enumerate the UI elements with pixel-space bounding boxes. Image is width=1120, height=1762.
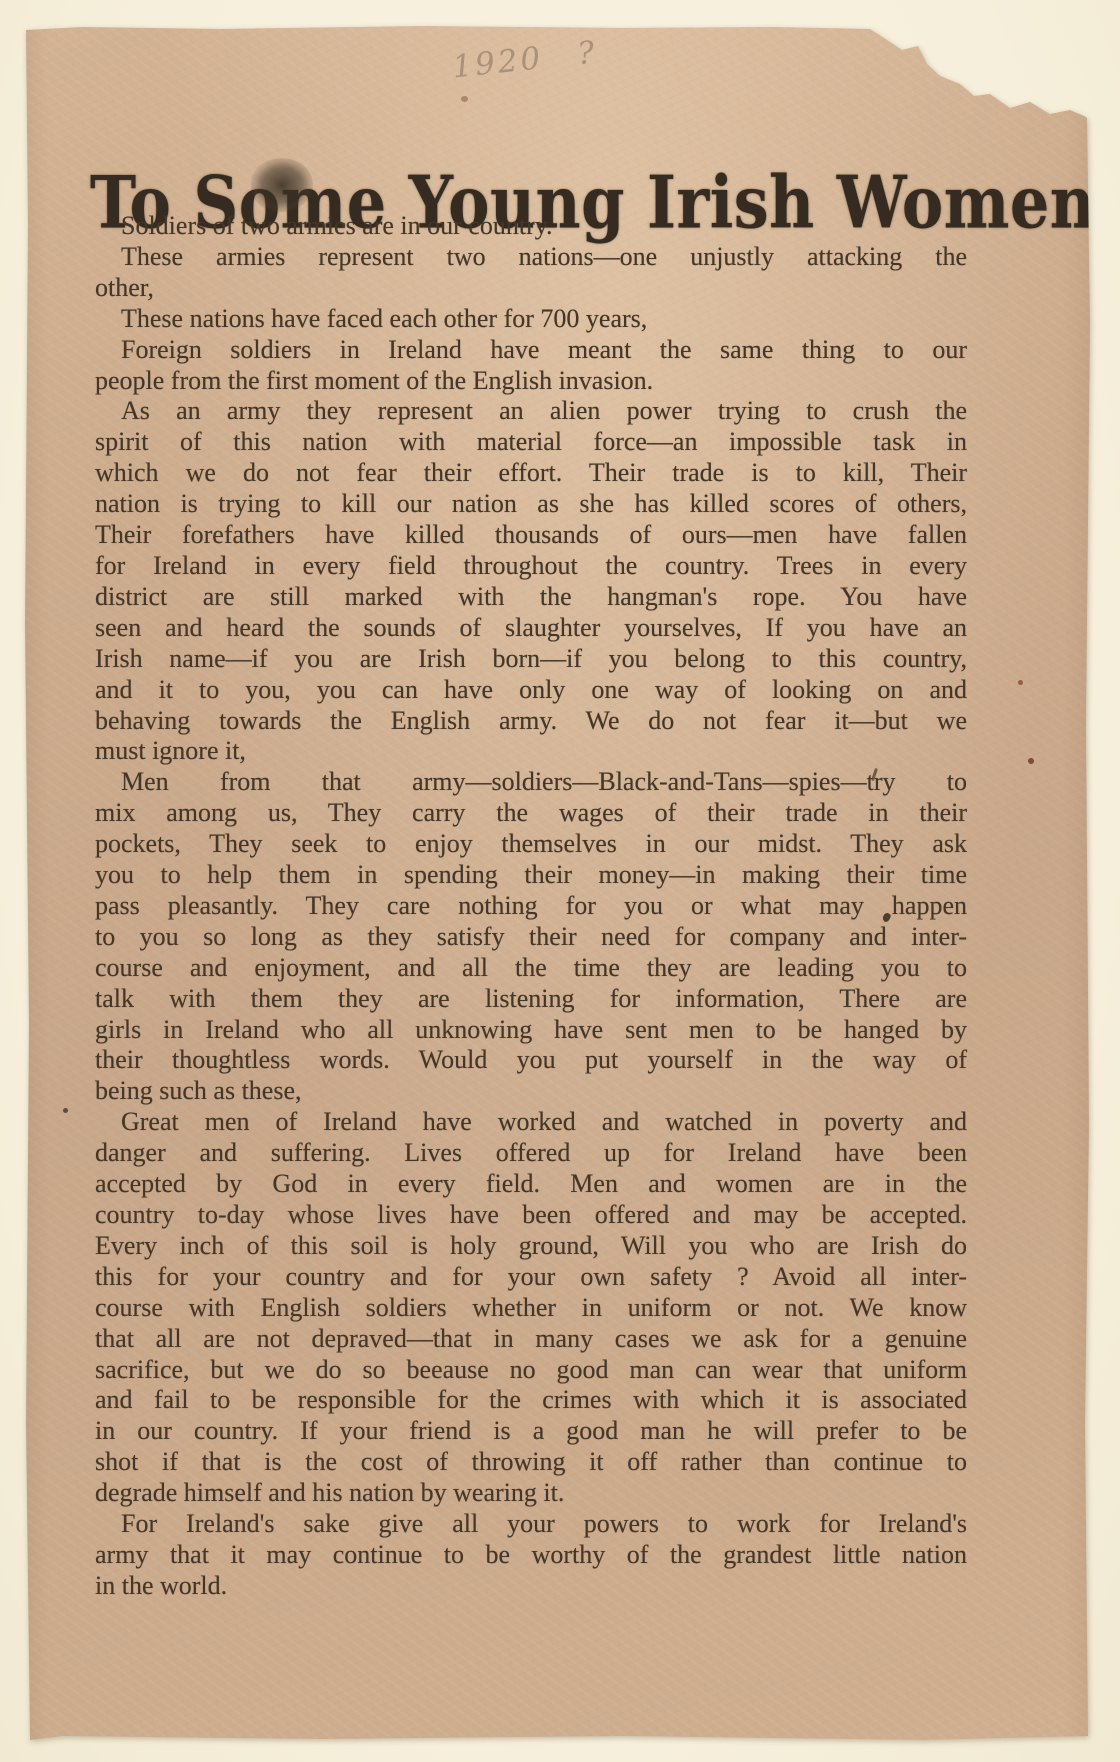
text-line: district are still marked with the hangm…: [95, 582, 967, 613]
leaflet-paper-wrap: 1920 ? To Some Young Irish Women Soldier…: [22, 24, 1090, 1743]
text-line: pass pleasantly. They care nothing for y…: [95, 891, 967, 922]
text-line: their thoughtless words. Would you put y…: [95, 1045, 967, 1076]
text-line: Irish name—if you are Irish born—if you …: [95, 644, 967, 675]
text-line: in our country. If your friend is a good…: [95, 1416, 967, 1447]
leaflet-paper: 1920 ? To Some Young Irish Women Soldier…: [22, 24, 1090, 1743]
text-line: For Ireland's sake give all your powers …: [95, 1509, 967, 1540]
text-line: you to help them in spending their money…: [95, 860, 967, 891]
text-line: These nations have faced each other for …: [95, 304, 967, 335]
body-text: Soldiers of two armies are in our countr…: [95, 211, 967, 1602]
text-line: this for your country and for your own s…: [95, 1262, 967, 1293]
text-line: danger and suffering. Lives offered up f…: [95, 1138, 967, 1169]
text-line: people from the first moment of the Engl…: [95, 366, 967, 397]
text-line: degrade himself and his nation by wearin…: [95, 1478, 967, 1509]
text-line: Every inch of this soil is holy ground, …: [95, 1231, 967, 1262]
text-line: course and enjoyment, and all the time t…: [95, 953, 967, 984]
paper-speck: [1028, 758, 1034, 764]
paper-stain: [461, 96, 468, 102]
text-line: seen and heard the sounds of slaughter y…: [95, 613, 967, 644]
text-line: Soldiers of two armies are in our countr…: [95, 211, 967, 242]
text-line: country to-day whose lives have been off…: [95, 1200, 967, 1231]
text-line: and fail to be responsible for the crime…: [95, 1385, 967, 1416]
paper-speck: [63, 1108, 68, 1113]
text-line: accepted by God in every field. Men and …: [95, 1169, 967, 1200]
text-line: talk with them they are listening for in…: [95, 984, 967, 1015]
text-line: that all are not depraved—that in many c…: [95, 1324, 967, 1355]
text-line: Their forefathers have killed thousands …: [95, 520, 967, 551]
text-line: course with English soldiers whether in …: [95, 1293, 967, 1324]
text-line: other,: [95, 273, 967, 304]
text-line: for Ireland in every field throughout th…: [95, 551, 967, 582]
text-line: nation is trying to kill our nation as s…: [95, 489, 967, 520]
text-line: to you so long as they satisfy their nee…: [95, 922, 967, 953]
text-line: must ignore it,: [95, 736, 967, 767]
text-line: girls in Ireland who all unknowing have …: [95, 1015, 967, 1046]
text-line: spirit of this nation with material forc…: [95, 427, 967, 458]
text-line: These armies represent two nations—one u…: [95, 242, 967, 273]
text-line: Great men of Ireland have worked and wat…: [95, 1107, 967, 1138]
text-line: sacrifice, but we do so beeause no good …: [95, 1355, 967, 1386]
text-line: being such as these,: [95, 1076, 967, 1107]
text-line: mix among us, They carry the wages of th…: [95, 798, 967, 829]
paper-speck: [1018, 680, 1023, 685]
text-line: army that it may continue to be worthy o…: [95, 1540, 967, 1571]
text-line: behaving towards the English army. We do…: [95, 706, 967, 737]
text-line: and it to you, you can have only one way…: [95, 675, 967, 706]
text-line: in the world.: [95, 1571, 967, 1602]
text-line: shot if that is the cost of throwing it …: [95, 1447, 967, 1478]
text-line: which we do not fear their effort. Their…: [95, 458, 967, 489]
text-line: As an army they represent an alien power…: [95, 396, 967, 427]
text-line: Foreign soldiers in Ireland have meant t…: [95, 335, 967, 366]
scan-background: 1920 ? To Some Young Irish Women Soldier…: [0, 0, 1120, 1762]
handwritten-date-annotation: 1920 ?: [451, 27, 674, 86]
text-line: Men from that army—soldiers—Black-and-Ta…: [95, 767, 967, 798]
text-line: pockets, They seek to enjoy themselves i…: [95, 829, 967, 860]
